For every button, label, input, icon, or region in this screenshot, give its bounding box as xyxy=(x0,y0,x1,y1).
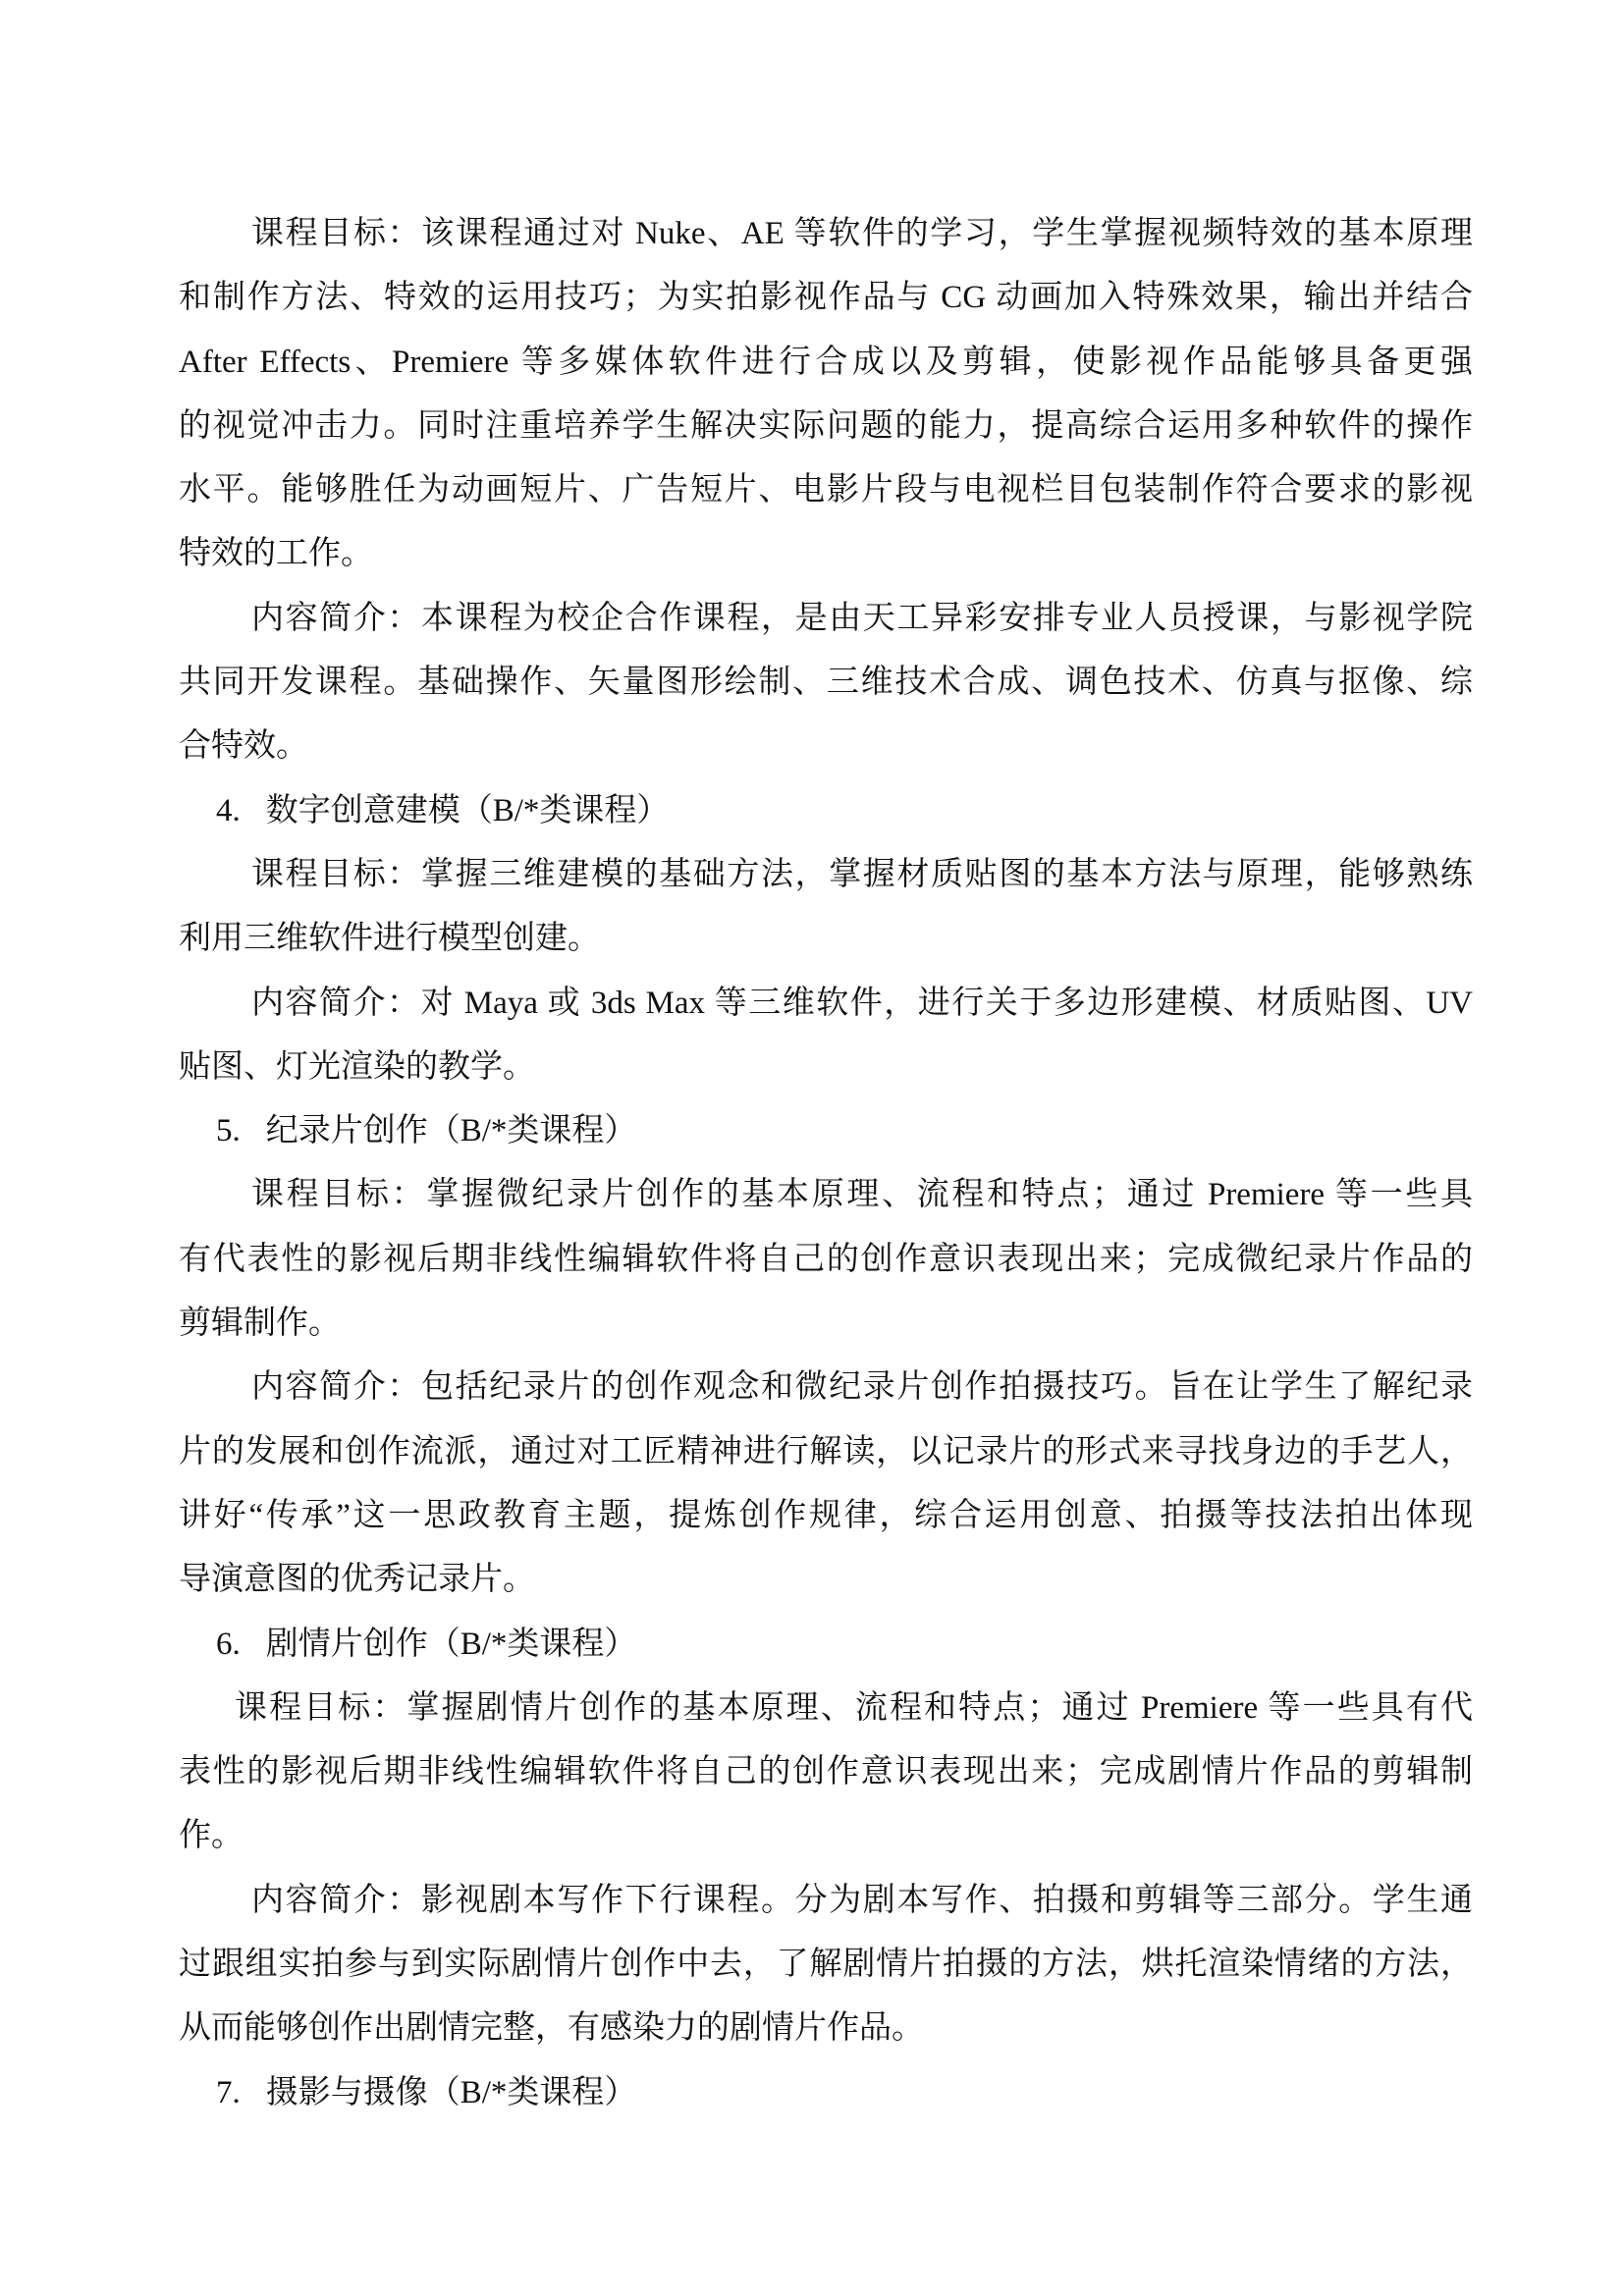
document-page: 课程目标：该课程通过对 Nuke、AE 等软件的学习，学生掌握视频特效的基本原理… xyxy=(0,0,1624,2296)
list-item-heading-course-7-heading: 7.摄影与摄像（B/*类课程） xyxy=(179,2061,1473,2125)
text-line-course-3-summary-1: 内容简介：本课程为校企合作课程，是由天工异彩安排专业人员授课，与影视学院 xyxy=(179,587,1473,651)
text-line-course-3-objectives-2: 和制作方法、特效的运用技巧；为实拍影视作品与 CG 动画加入特殊效果，输出并结合 xyxy=(179,266,1473,330)
text-line-course-4-objectives-1: 课程目标：掌握三维建模的基础方法，掌握材质贴图的基本方法与原理，能够熟练 xyxy=(179,843,1473,907)
text-line-course-3-objectives-5: 水平。能够胜任为动画短片、广告短片、电影片段与电视栏目包装制作符合要求的影视 xyxy=(179,458,1473,522)
list-item-number: 5. xyxy=(216,1113,241,1148)
text-line-course-6-summary-1: 内容简介：影视剧本写作下行课程。分为剧本写作、拍摄和剪辑等三部分。学生通 xyxy=(179,1869,1473,1933)
text-line-course-3-objectives-3: After Effects、Premiere 等多媒体软件进行合成以及剪辑，使影… xyxy=(179,331,1473,395)
text-line-course-5-objectives-2: 有代表性的影视后期非线性编辑软件将自己的创作意识表现出来；完成微纪录片作品的 xyxy=(179,1228,1473,1292)
text-line-course-6-summary-3: 从而能够创作出剧情完整，有感染力的剧情片作品。 xyxy=(179,1997,1473,2060)
list-item-heading-course-5-heading: 5.纪录片创作（B/*类课程） xyxy=(179,1099,1473,1163)
text-line-course-5-summary-2: 片的发展和创作流派，通过对工匠精神进行解读，以记录片的形式来寻找身边的手艺人， xyxy=(179,1420,1473,1484)
text-line-course-3-objectives-6: 特效的工作。 xyxy=(179,522,1473,586)
list-item-heading-course-6-heading: 6.剧情片创作（B/*类课程） xyxy=(179,1613,1473,1677)
text-line-course-6-summary-2: 过跟组实拍参与到实际剧情片创作中去，了解剧情片拍摄的方法，烘托渲染情绪的方法， xyxy=(179,1933,1473,1997)
list-item-number: 6. xyxy=(216,1627,241,1662)
list-item-title: 纪录片创作（B/*类课程） xyxy=(266,1113,637,1148)
text-line-course-5-objectives-3: 剪辑制作。 xyxy=(179,1292,1473,1356)
list-item-title: 摄影与摄像（B/*类课程） xyxy=(266,2075,637,2110)
text-line-course-3-objectives-1: 课程目标：该课程通过对 Nuke、AE 等软件的学习，学生掌握视频特效的基本原理 xyxy=(179,202,1473,266)
text-line-course-3-summary-2: 共同开发课程。基础操作、矢量图形绘制、三维技术合成、调色技术、仿真与抠像、综 xyxy=(179,651,1473,715)
text-line-course-4-objectives-2: 利用三维软件进行模型创建。 xyxy=(179,907,1473,971)
list-item-title: 数字创意建模（B/*类课程） xyxy=(266,793,670,828)
text-line-course-5-objectives-1: 课程目标：掌握微纪录片创作的基本原理、流程和特点；通过 Premiere 等一些… xyxy=(179,1163,1473,1227)
text-line-course-6-objectives-1: 课程目标：掌握剧情片创作的基本原理、流程和特点；通过 Premiere 等一些具… xyxy=(179,1677,1473,1740)
text-line-course-5-summary-3: 讲好“传承”这一思政教育主题，提炼创作规律，综合运用创意、拍摄等技法拍出体现 xyxy=(179,1484,1473,1548)
text-line-course-5-summary-1: 内容简介：包括纪录片的创作观念和微纪录片创作拍摄技巧。旨在让学生了解纪录 xyxy=(179,1356,1473,1419)
text-line-course-3-objectives-4: 的视觉冲击力。同时注重培养学生解决实际问题的能力，提高综合运用多种软件的操作 xyxy=(179,395,1473,458)
text-block: 课程目标：该课程通过对 Nuke、AE 等软件的学习，学生掌握视频特效的基本原理… xyxy=(179,202,1473,2125)
list-item-title: 剧情片创作（B/*类课程） xyxy=(266,1627,637,1662)
list-item-number: 7. xyxy=(216,2075,241,2110)
text-line-course-5-summary-4: 导演意图的优秀记录片。 xyxy=(179,1548,1473,1612)
list-item-heading-course-4-heading: 4.数字创意建模（B/*类课程） xyxy=(179,779,1473,843)
text-line-course-6-objectives-3: 作。 xyxy=(179,1804,1473,1868)
text-line-course-4-summary-1: 内容简介：对 Maya 或 3ds Max 等三维软件，进行关于多边形建模、材质… xyxy=(179,972,1473,1036)
list-item-number: 4. xyxy=(216,793,241,828)
text-line-course-4-summary-2: 贴图、灯光渲染的教学。 xyxy=(179,1036,1473,1099)
text-line-course-3-summary-3: 合特效。 xyxy=(179,715,1473,778)
text-line-course-6-objectives-2: 表性的影视后期非线性编辑软件将自己的创作意识表现出来；完成剧情片作品的剪辑制 xyxy=(179,1740,1473,1804)
